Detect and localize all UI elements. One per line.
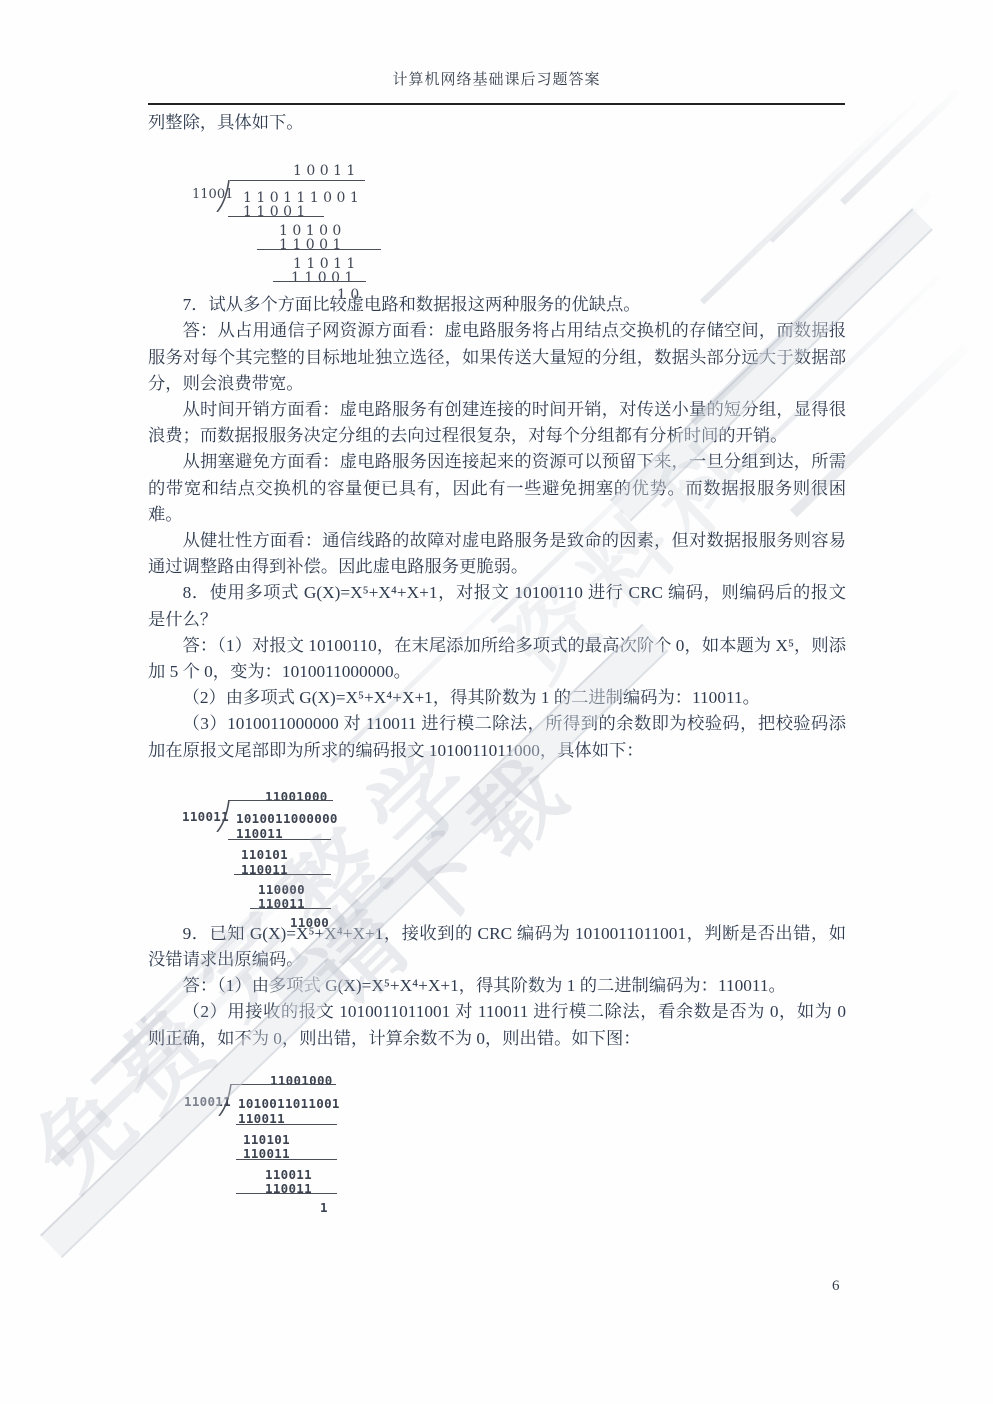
- division-overbar: [230, 180, 365, 181]
- q8-answer-paragraph-2: （2）由多项式 G(X)=X⁵+X⁴+X+1，得其阶数为 1 的二进制编码为：1…: [148, 685, 846, 711]
- division-remainder: 1: [320, 1195, 328, 1221]
- intro-line: 列整除，具体如下。: [148, 110, 846, 136]
- document-page: 计算机网络基础课后习题答案 列整除，具体如下。 1 0 0 1 1 11001 …: [0, 0, 993, 1404]
- q9-answer-paragraph-2: （2）用接收的报文 1010011011001 对 110011 进行模二除法，…: [148, 999, 846, 1051]
- page-content: 列整除，具体如下。 1 0 0 1 1 11001 1 1 0 1 1 1 0 …: [148, 110, 846, 1207]
- division-bracket-icon: [216, 800, 230, 832]
- question-7: 7．试从多个方面比较虚电路和数据报这两种服务的优缺点。: [148, 292, 846, 318]
- division-overbar: [228, 800, 333, 801]
- q9-answer-paragraph-1: 答：（1）由多项式 G(X)=X⁵+X⁴+X+1，得其阶数为 1 的二进制编码为…: [148, 973, 846, 999]
- long-division-q8: 11001000 110011 1010011000000 110011 110…: [148, 781, 846, 921]
- division-remainder: 11000: [290, 910, 329, 936]
- division-remainder: 1 0: [337, 282, 359, 308]
- division-overbar: [230, 1084, 336, 1085]
- q7-answer-paragraph-1: 答：从占用通信子网资源方面看：虚电路服务将占用结点交换机的存储空间，而数据报服务…: [148, 318, 846, 397]
- division-line: [236, 1159, 337, 1160]
- division-line: [228, 839, 331, 840]
- q8-answer-paragraph-3: （3）1010011000000 对 110011 进行模二除法，所得到的余数即…: [148, 711, 846, 763]
- page-title: 计算机网络基础课后习题答案: [0, 68, 993, 89]
- q8-answer-paragraph-1: 答：（1）对报文 10100110，在末尾添加所给多项式的最高次阶个 0，如本题…: [148, 633, 846, 685]
- page-number: 6: [832, 1278, 840, 1295]
- division-line: [236, 1124, 337, 1125]
- division-line: [236, 1193, 337, 1194]
- watermark-stripe: [840, 89, 960, 205]
- long-division-q9: 11001000 110011 1010011011001 110011 110…: [148, 1065, 846, 1207]
- division-line: [234, 874, 331, 875]
- q7-answer-paragraph-3: 从拥塞避免方面看：虚电路服务因连接起来的资源可以预留下来，一旦分组到达，所需的带…: [148, 449, 846, 528]
- question-9: 9．已知 G(X)=X⁵+X⁴+X+1，接收到的 CRC 编码为 1010011…: [148, 921, 846, 973]
- division-bracket-icon: [218, 1084, 232, 1116]
- q7-answer-paragraph-2: 从时间开销方面看：虚电路服务有创建连接的时间开销，对传送小量的短分组，显得很浪费…: [148, 397, 846, 449]
- division-line: [228, 216, 324, 217]
- division-line: [257, 249, 381, 250]
- long-division-q6: 1 0 0 1 1 11001 1 1 0 1 1 1 0 0 1 1 1 0 …: [148, 156, 846, 292]
- q7-answer-paragraph-4: 从健壮性方面看：通信线路的故障对虚电路服务是致命的因素，但对数据报服务则容易通过…: [148, 528, 846, 580]
- division-step: 110011: [265, 1176, 312, 1202]
- header-rule: [148, 103, 845, 105]
- question-8: 8．使用多项式 G(X)=X⁵+X⁴+X+1，对报文 10100110 进行 C…: [148, 580, 846, 632]
- division-bracket-icon: [216, 180, 230, 212]
- division-line: [250, 908, 331, 909]
